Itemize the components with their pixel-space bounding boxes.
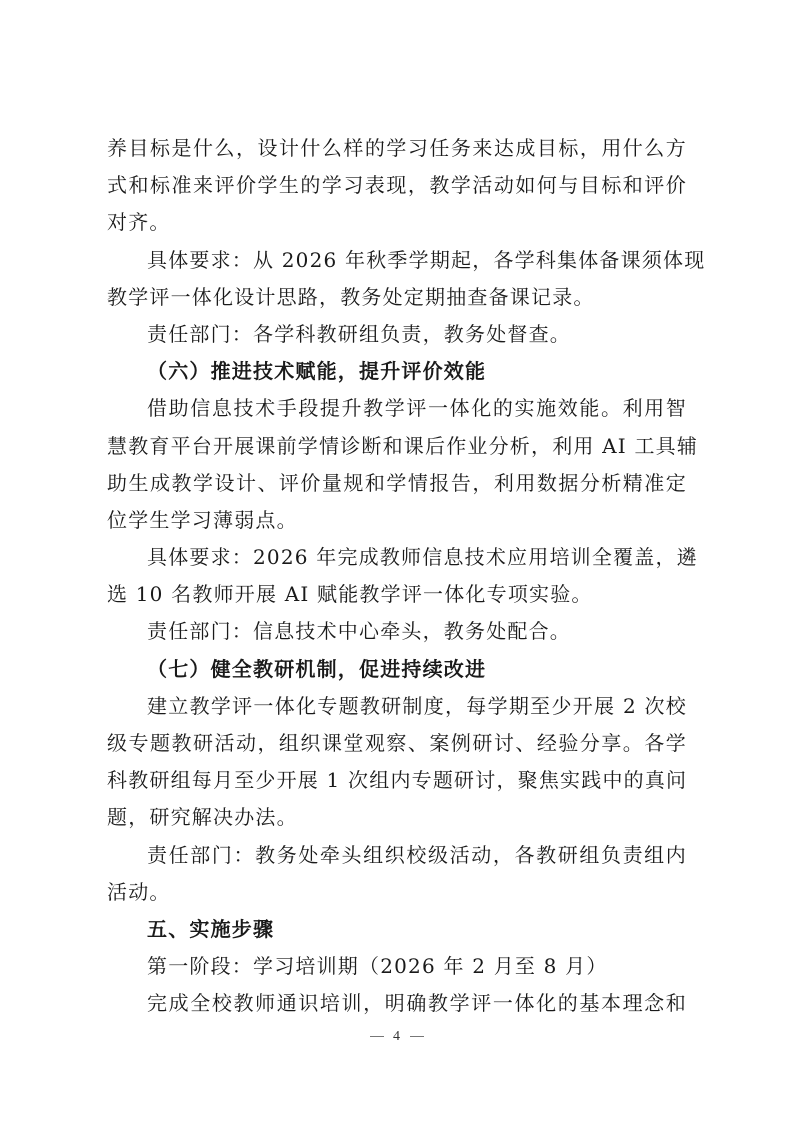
footer-dash-left — [370, 1036, 384, 1037]
footer-dash-right — [410, 1036, 424, 1037]
text-line: 选 10 名教师开展 AI 赋能教学评一体化专项实验。 — [107, 576, 687, 613]
text-line: 责任部门：信息技术中心牵头，教务处配合。 — [107, 613, 687, 650]
text-line: 科教研组每月至少开展 1 次组内专题研讨，聚焦实践中的真问 — [107, 762, 687, 799]
document-body: 养目标是什么，设计什么样的学习任务来达成目标，用什么方式和标准来评价学生的学习表… — [107, 130, 687, 1023]
text-line: 建立教学评一体化专题教研制度，每学期至少开展 2 次校 — [107, 688, 687, 725]
section-heading: 五、实施步骤 — [107, 911, 687, 948]
section-heading: （六）推进技术赋能，提升评价效能 — [107, 353, 687, 390]
text-line: 借助信息技术手段提升教学评一体化的实施效能。利用智 — [107, 390, 687, 427]
page-footer: 4 — [0, 1029, 793, 1045]
text-line: 级专题教研活动，组织课堂观察、案例研讨、经验分享。各学 — [107, 725, 687, 762]
text-line: 教学评一体化设计思路，教务处定期抽查备课记录。 — [107, 279, 687, 316]
page-number: 4 — [393, 1029, 400, 1044]
text-line: 活动。 — [107, 874, 687, 911]
section-heading: （七）健全教研机制，促进持续改进 — [107, 651, 687, 688]
text-line: 具体要求：2026 年完成教师信息技术应用培训全覆盖，遴 — [107, 539, 687, 576]
text-line: 位学生学习薄弱点。 — [107, 502, 687, 539]
document-page: 养目标是什么，设计什么样的学习任务来达成目标，用什么方式和标准来评价学生的学习表… — [0, 0, 793, 1122]
text-line: 助生成教学设计、评价量规和学情报告，利用数据分析精准定 — [107, 465, 687, 502]
text-line: 责任部门：各学科教研组负责，教务处督查。 — [107, 316, 687, 353]
text-line: 养目标是什么，设计什么样的学习任务来达成目标，用什么方 — [107, 130, 687, 167]
text-line: 第一阶段：学习培训期（2026 年 2 月至 8 月） — [107, 948, 687, 985]
text-line: 慧教育平台开展课前学情诊断和课后作业分析，利用 AI 工具辅 — [107, 428, 687, 465]
text-line: 对齐。 — [107, 204, 687, 241]
text-line: 责任部门：教务处牵头组织校级活动，各教研组负责组内 — [107, 837, 687, 874]
text-line: 式和标准来评价学生的学习表现，教学活动如何与目标和评价 — [107, 167, 687, 204]
text-line: 题，研究解决办法。 — [107, 799, 687, 836]
text-line: 完成全校教师通识培训，明确教学评一体化的基本理念和 — [107, 985, 687, 1022]
text-line: 具体要求：从 2026 年秋季学期起，各学科集体备课须体现 — [107, 242, 687, 279]
